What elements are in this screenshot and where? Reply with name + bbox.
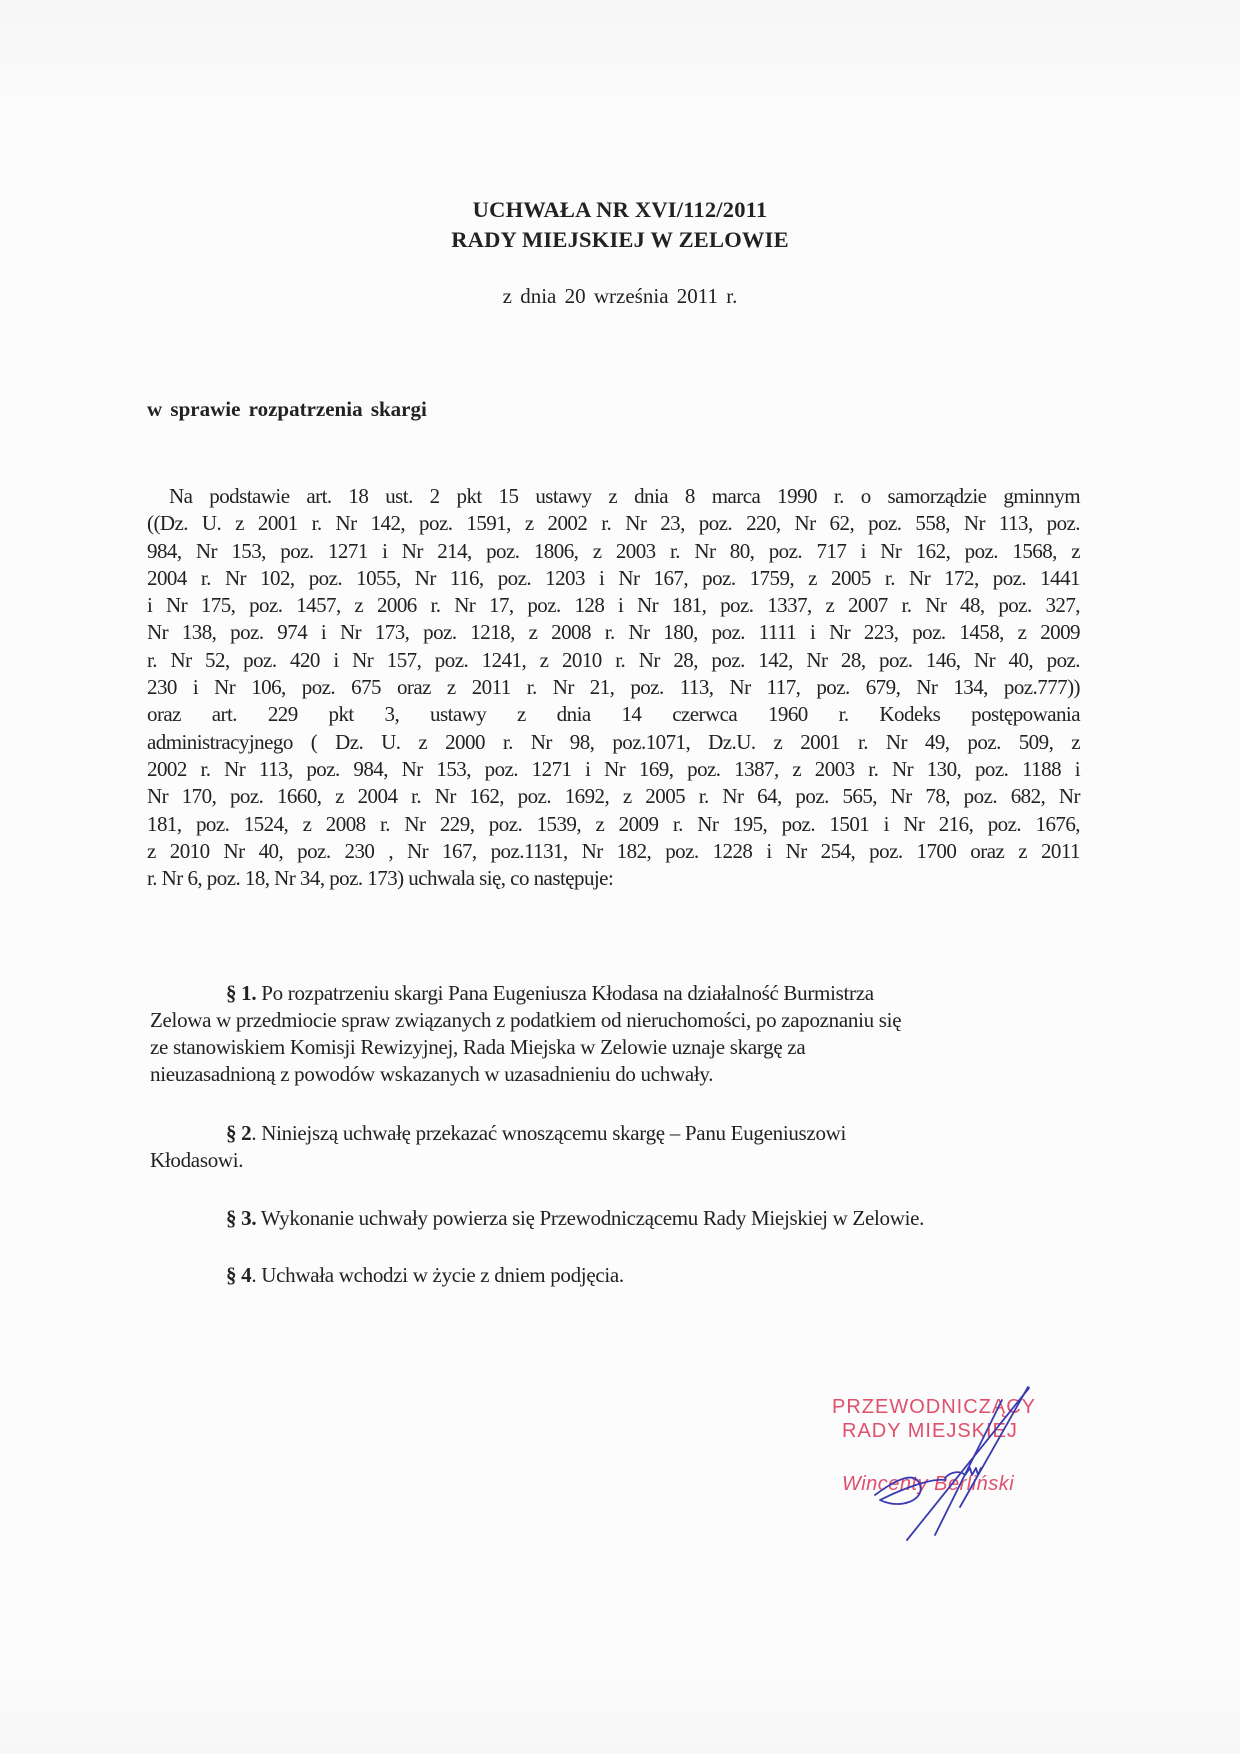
section-text: . Niniejszą uchwałę przekazać wnoszącemu… [251,1121,846,1145]
legal-basis-line: administracyjnego ( Dz. U. z 2000 r. Nr … [147,729,1080,756]
legal-basis-line: 2002 r. Nr 113, poz. 984, Nr 153, poz. 1… [147,756,1080,783]
section-mark: § 4 [226,1263,251,1287]
section-mark: § 2 [226,1121,251,1145]
section-text: nieuzasadnioną z powodów wskazanych w uz… [150,1061,901,1088]
section-text: Kłodasowi. [150,1147,846,1174]
section-text: Wykonanie uchwały powierza się Przewodni… [256,1206,924,1230]
section-text: Zelowa w przedmiocie spraw związanych z … [150,1007,901,1034]
section-text: . Uchwała wchodzi w życie z dniem podjęc… [251,1263,624,1287]
legal-basis-line: Nr 170, poz. 1660, z 2004 r. Nr 162, poz… [147,783,1080,810]
legal-basis-line: ((Dz. U. z 2001 r. Nr 142, poz. 1591, z … [147,510,1080,537]
section-4: § 4. Uchwała wchodzi w życie z dniem pod… [150,1262,624,1289]
section-text: Po rozpatrzeniu skargi Pana Eugeniusza K… [256,981,873,1005]
legal-basis-line: Nr 138, poz. 974 i Nr 173, poz. 1218, z … [147,619,1080,646]
legal-basis-line: r. Nr 52, poz. 420 i Nr 157, poz. 1241, … [147,647,1080,674]
legal-basis-line: i Nr 175, poz. 1457, z 2006 r. Nr 17, po… [147,592,1080,619]
resolution-number: UCHWAŁA NR XVI/112/2011 [0,196,1240,224]
legal-basis-line: Na podstawie art. 18 ust. 2 pkt 15 ustaw… [147,483,1080,510]
legal-basis: Na podstawie art. 18 ust. 2 pkt 15 ustaw… [147,483,1080,892]
legal-basis-line: 181, poz. 1524, z 2008 r. Nr 229, poz. 1… [147,811,1080,838]
section-1: § 1. Po rozpatrzeniu skargi Pana Eugeniu… [150,980,901,1088]
legal-basis-line: 230 i Nr 106, poz. 675 oraz z 2011 r. Nr… [147,674,1080,701]
resolution-date: z dnia 20 września 2011 r. [0,284,1240,309]
legal-basis-line: 984, Nr 153, poz. 1271 i Nr 214, poz. 18… [147,538,1080,565]
section-mark: § 3. [226,1206,256,1230]
document-page: UCHWAŁA NR XVI/112/2011 RADY MIEJSKIEJ W… [0,0,1240,1754]
legal-basis-line: z 2010 Nr 40, poz. 230 , Nr 167, poz.113… [147,838,1080,865]
handwritten-signature-icon [800,1360,1120,1560]
section-mark: § 1. [226,981,256,1005]
section-text: ze stanowiskiem Komisji Rewizyjnej, Rada… [150,1034,901,1061]
resolution-subject: w sprawie rozpatrzenia skargi [147,397,427,422]
legal-basis-line: 2004 r. Nr 102, poz. 1055, Nr 116, poz. … [147,565,1080,592]
section-2: § 2. Niniejszą uchwałę przekazać wnosząc… [150,1120,846,1174]
section-3: § 3. Wykonanie uchwały powierza się Prze… [150,1205,924,1232]
legal-basis-line: oraz art. 229 pkt 3, ustawy z dnia 14 cz… [147,701,1080,728]
legal-basis-line: r. Nr 6, poz. 18, Nr 34, poz. 173) uchwa… [147,865,1080,892]
council-name: RADY MIEJSKIEJ W ZELOWIE [0,226,1240,254]
